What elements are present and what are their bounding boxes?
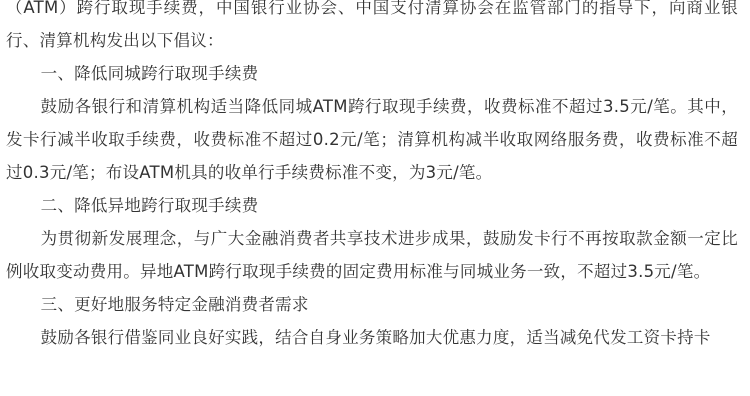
section-body-3: 鼓励各银行借鉴同业良好实践，结合自身业务策略加大优惠力度，适当减免代发工资卡持卡 xyxy=(6,321,738,354)
article-body: （ATM）跨行取现手续费，中国银行业协会、中国支付清算协会在监管部门的指导下，向… xyxy=(6,0,738,354)
section-heading-2: 二、降低异地跨行取现手续费 xyxy=(6,189,738,222)
section-body-1: 鼓励各银行和清算机构适当降低同城ATM跨行取现手续费，收费标准不超过3.5元/笔… xyxy=(6,90,738,189)
section-heading-3: 三、更好地服务特定金融消费者需求 xyxy=(6,288,738,321)
intro-paragraph: （ATM）跨行取现手续费，中国银行业协会、中国支付清算协会在监管部门的指导下，向… xyxy=(6,0,738,57)
section-body-2: 为贯彻新发展理念，与广大金融消费者共享技术进步成果，鼓励发卡行不再按取款金额一定… xyxy=(6,222,738,288)
section-heading-1: 一、降低同城跨行取现手续费 xyxy=(6,57,738,90)
